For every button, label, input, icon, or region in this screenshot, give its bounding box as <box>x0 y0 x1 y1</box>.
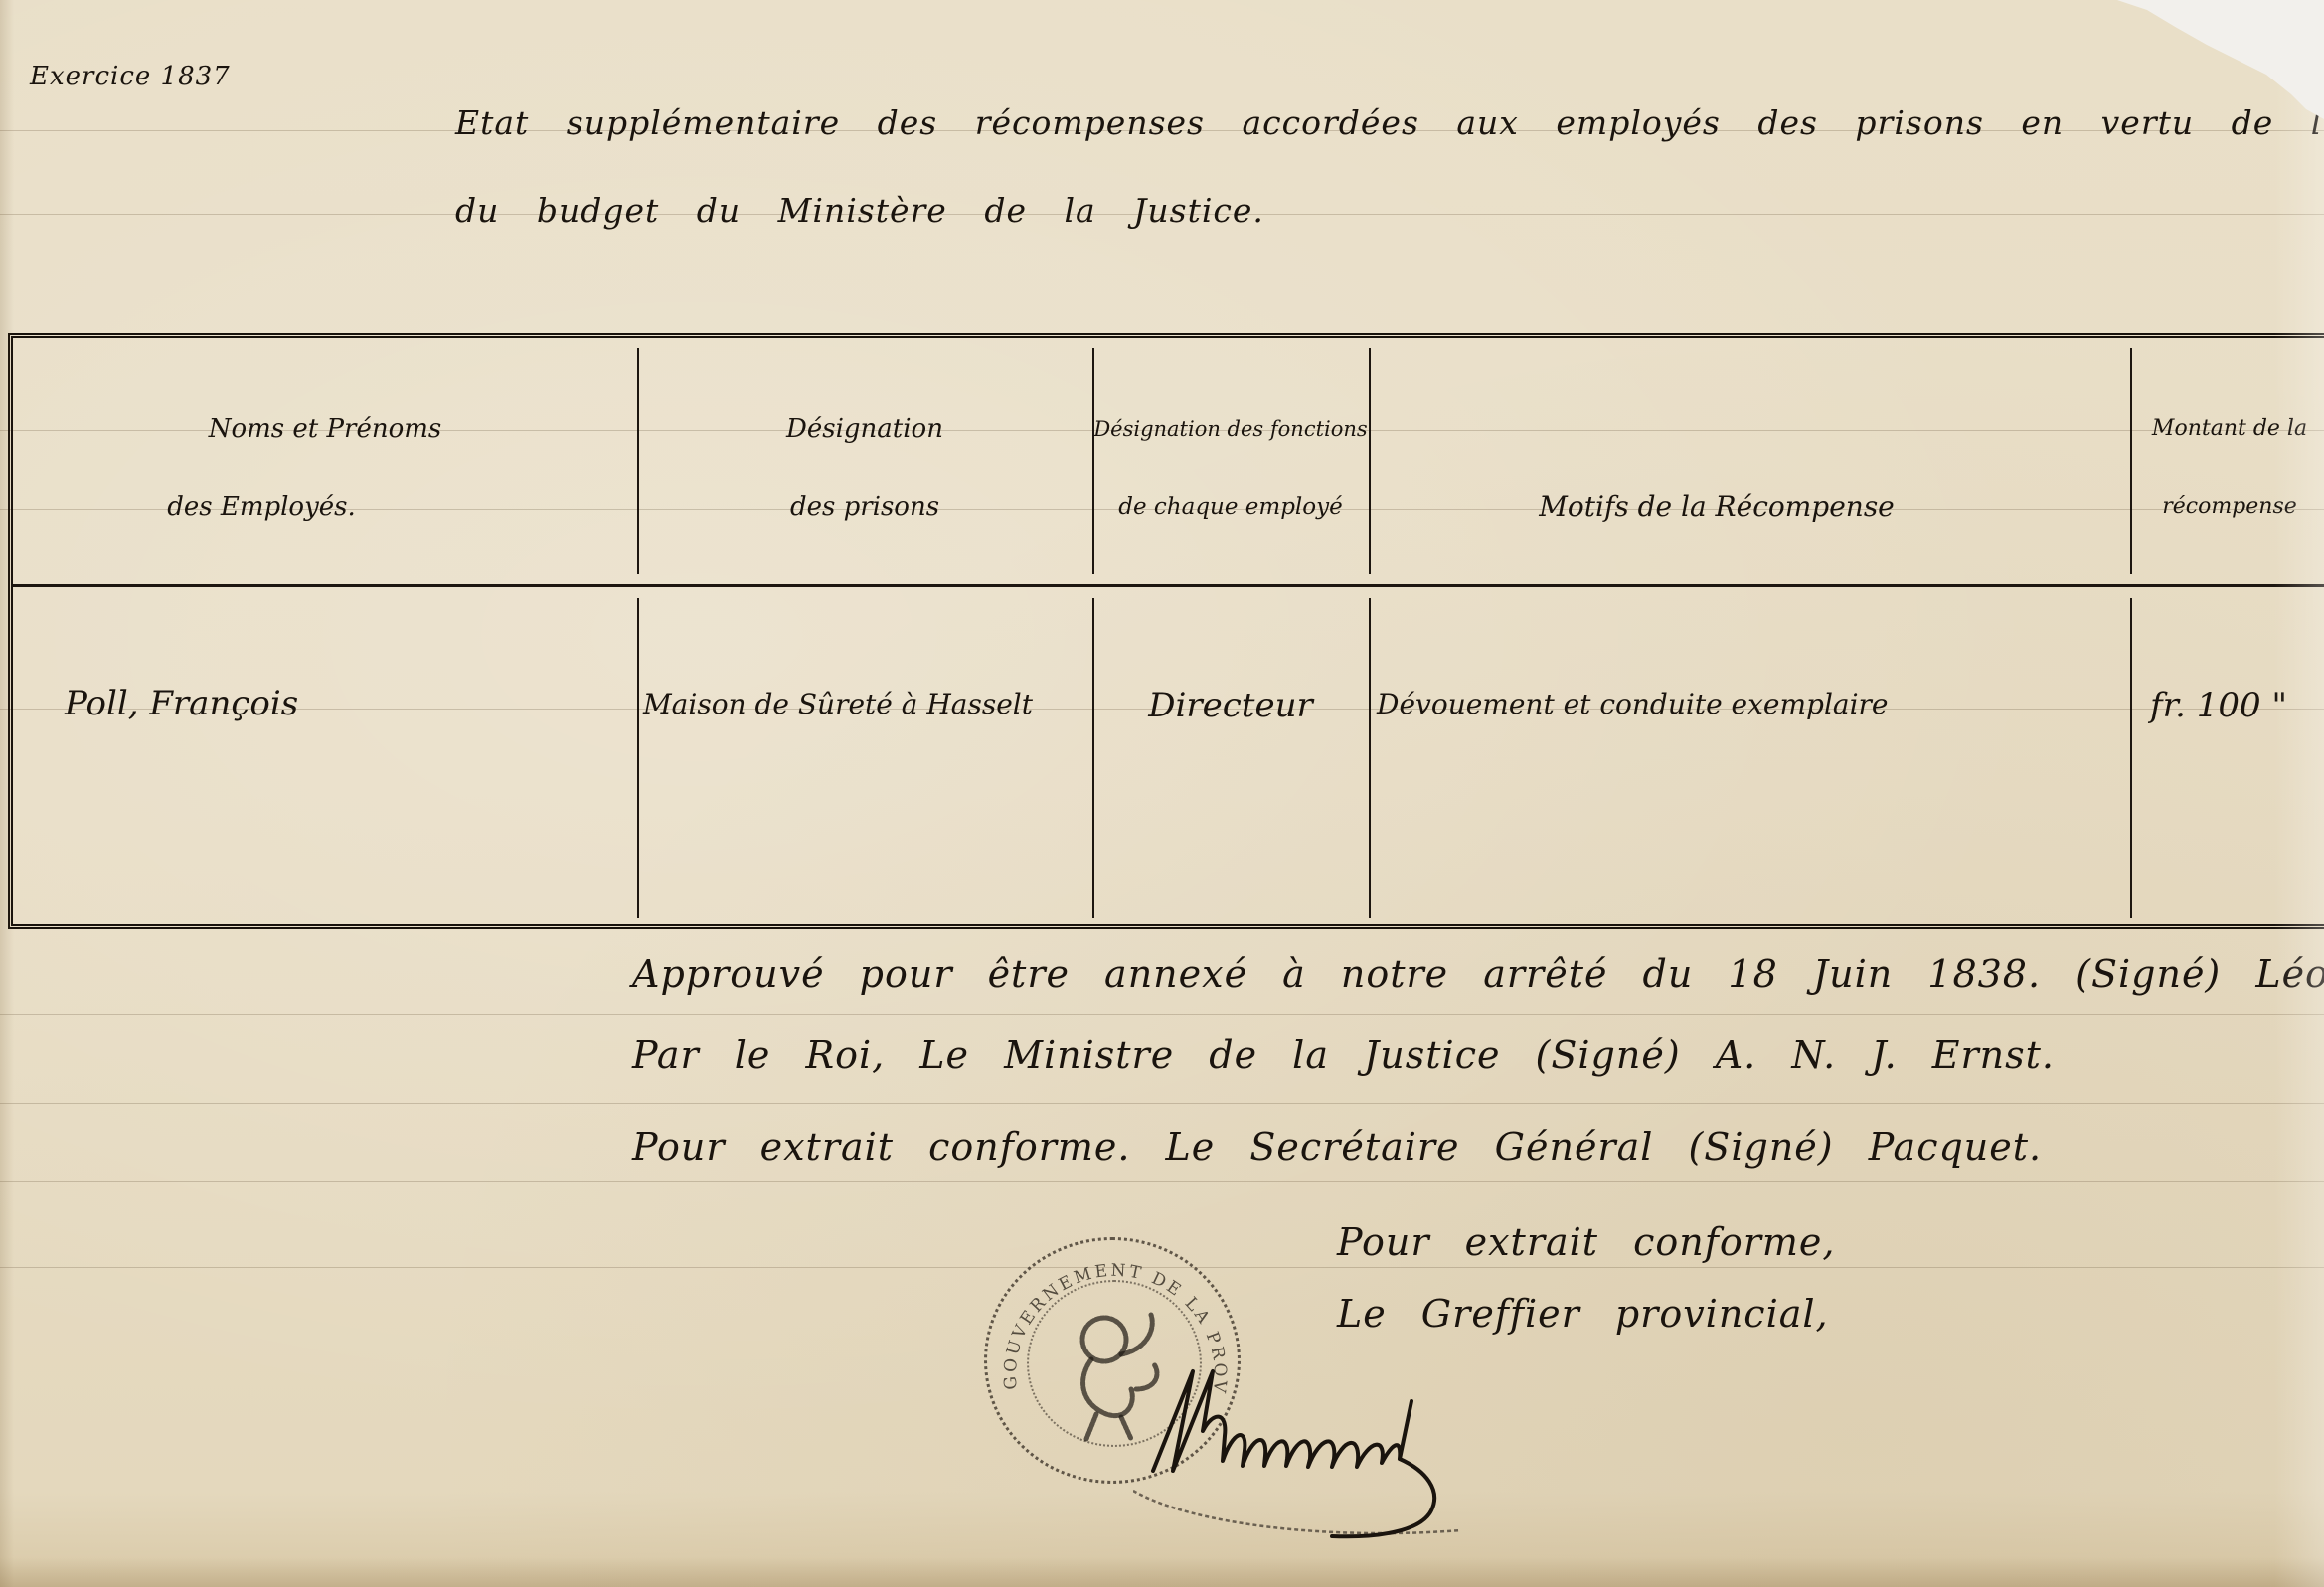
column-divider <box>637 598 639 918</box>
approval-line-2: Par le Roi, Le Ministre de la Justice (S… <box>632 1033 2055 1077</box>
header-noms-line1: Noms et Prénoms <box>13 390 637 469</box>
cell-fonction: Directeur <box>1092 686 1369 725</box>
exercice-label: Exercice 1837 <box>30 62 231 91</box>
ruled-line <box>0 1014 2324 1015</box>
column-divider <box>1092 598 1094 918</box>
approval-line-3: Pour extrait conforme. Le Secrétaire Gén… <box>632 1125 2042 1169</box>
header-body-divider <box>13 584 2324 587</box>
document-title-line2: du budget du Ministère de la Justice. <box>455 191 1264 230</box>
header-motifs-line2: Motifs de la Récompense <box>1369 467 2065 547</box>
document-paper: Exercice 1837 Etat supplémentaire des ré… <box>0 0 2324 1587</box>
header-fonctions-line2: de chaque employé <box>1092 467 1369 547</box>
approval-line-5: Le Greffier provincial, <box>1337 1292 1829 1336</box>
document-title-line1: Etat supplémentaire des récompenses acco… <box>455 103 2324 142</box>
approval-line-4: Pour extrait conforme, <box>1337 1220 1835 1264</box>
cell-montant: fr. 100 " <box>2150 686 2287 725</box>
header-montant-line1: Montant de la <box>2130 390 2324 469</box>
header-prison-line2: des prisons <box>637 467 1092 547</box>
approval-line-1: Approuvé pour être annexé à notre arrêté… <box>632 952 2324 996</box>
cell-motif: Dévouement et conduite exemplaire <box>1377 688 1889 720</box>
signature-icon <box>1133 1342 1749 1540</box>
header-noms-line2: des Employés. <box>13 467 510 547</box>
ruled-line <box>0 1103 2324 1104</box>
column-divider <box>2130 598 2132 918</box>
cell-nom: Poll, François <box>65 684 298 723</box>
cell-prison: Maison de Sûreté à Hasselt <box>643 688 1033 720</box>
column-divider <box>1369 598 1371 918</box>
rewards-table: Noms et Prénoms des Employés. Désignatio… <box>8 333 2324 929</box>
header-fonctions-line1: Désignation des fonctions <box>1092 390 1369 469</box>
header-prison-line1: Désignation <box>637 390 1092 469</box>
ruled-line <box>0 1181 2324 1182</box>
header-montant-line2: récompense <box>2130 467 2324 547</box>
